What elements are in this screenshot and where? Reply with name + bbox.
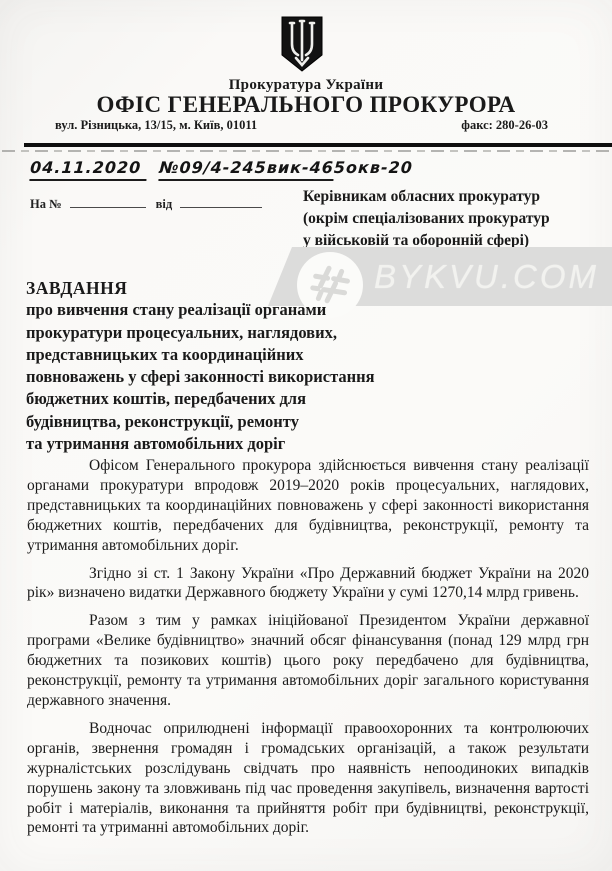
- header-divider-scratch: [2, 150, 612, 152]
- handwritten-date: 04.11.2020: [29, 158, 147, 181]
- recipient-block: Керівникам обласних прокуратур (окрім сп…: [303, 186, 603, 252]
- org-fax: факс: 280-26-03: [461, 118, 548, 133]
- vid-label: від: [156, 197, 173, 212]
- body-paragraph: Разом з тим у рамках ініційованої Презид…: [27, 611, 589, 711]
- recipient-line: Керівникам обласних прокуратур: [303, 186, 603, 208]
- header-contact-row: вул. Різницька, 13/15, м. Київ, 01011 фа…: [55, 118, 548, 133]
- body-paragraph: Водночас оприлюднені інформації правоохо…: [27, 719, 589, 838]
- document-title-line: про вивчення стану реалізації органами: [26, 299, 406, 321]
- document-title-line: та утримання автомобільних доріг: [26, 433, 406, 455]
- watermark-text: BYKVU.COM: [374, 258, 599, 296]
- handwritten-number-tail: 5окв-20: [333, 158, 413, 177]
- document-body: Офісом Генерального прокурора здійснюєть…: [27, 456, 589, 846]
- document-title-line: будівництва, реконструкції, ремонту: [26, 411, 406, 433]
- document-title-line: бюджетних коштів, передбачених для: [26, 388, 406, 410]
- body-paragraph: Офісом Генерального прокурора здійснюєть…: [27, 456, 589, 556]
- document-title-line: прокуратури процесуальних, наглядових,: [26, 322, 406, 344]
- vid-date-blank-field: [180, 194, 262, 208]
- document-title-line: повноважень у сфері законності використа…: [26, 366, 406, 388]
- na-label: На №: [30, 197, 62, 212]
- document-title-line: представницьких та координаційних: [26, 344, 406, 366]
- org-title: ОФІС ГЕНЕРАЛЬНОГО ПРОКУРОРА: [0, 92, 612, 118]
- document-page: Прокуратура України ОФІС ГЕНЕРАЛЬНОГО ПР…: [0, 0, 612, 871]
- document-title-heading: ЗАВДАННЯ: [26, 277, 406, 299]
- na-number-blank-field: [70, 194, 146, 208]
- handwritten-number: №09/4-245вик-465окв-20: [159, 158, 414, 177]
- document-title-block: ЗАВДАННЯ про вивчення стану реалізації о…: [26, 277, 406, 455]
- handwritten-number-underlined: №09/4-245вик-46: [159, 158, 335, 181]
- incoming-reference-row: На № від: [30, 194, 262, 212]
- org-address: вул. Різницька, 13/15, м. Київ, 01011: [55, 118, 257, 133]
- header-divider-rule: [24, 143, 612, 147]
- body-paragraph: Згідно зі ст. 1 Закону України «Про Держ…: [27, 564, 589, 604]
- recipient-line: (окрім спеціалізованих прокуратур: [303, 208, 603, 230]
- ukraine-trident-emblem-icon: [280, 15, 324, 73]
- reference-line: 04.11.2020№09/4-245вик-465окв-20: [29, 158, 413, 181]
